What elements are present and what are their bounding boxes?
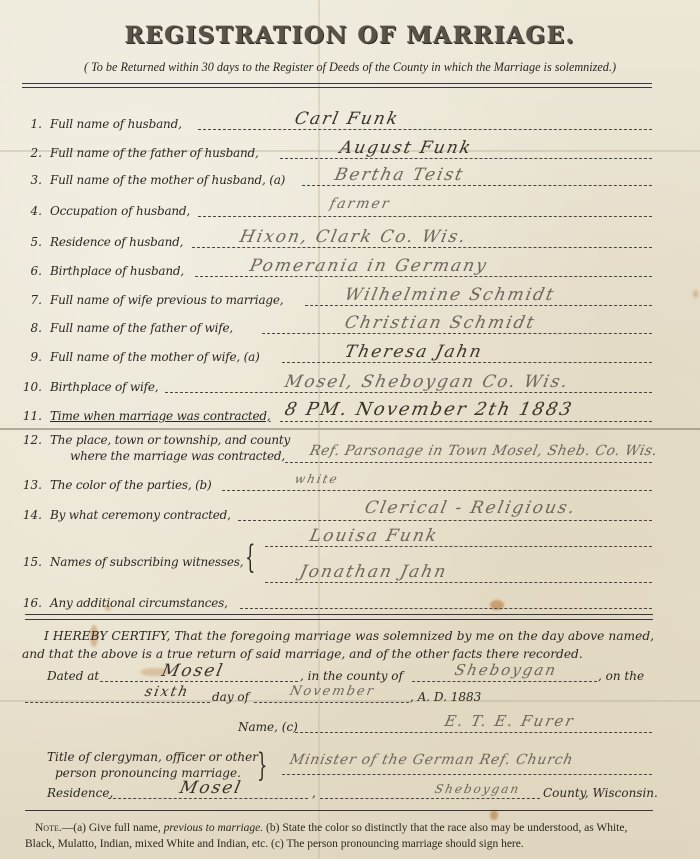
field-husband-occupation: 4. Occupation of husband, farmer <box>0 204 700 224</box>
fill-line <box>240 608 652 609</box>
county-value[interactable]: Sheboygan <box>453 661 559 679</box>
fill-line <box>254 702 409 703</box>
note-a-italic: previous to marriage. <box>164 822 264 834</box>
fill-line <box>25 702 210 703</box>
document-subtitle: ( To be Returned within 30 days to the R… <box>0 60 700 75</box>
field-husband-name: 1. Full name of husband, Carl Funk <box>0 117 700 137</box>
fill-line <box>108 798 308 799</box>
field-label: Full name of wife previous to marriage, <box>50 293 283 307</box>
field-value[interactable]: Ref. Parsonage in Town Mosel, Sheb. Co. … <box>308 443 659 459</box>
fill-line <box>100 681 298 682</box>
field-number: 15. <box>20 555 42 569</box>
certification-text: I HEREBY CERTIFY, That the foregoing mar… <box>22 627 654 663</box>
residence-row: Residence, Mosel , Sheboygan County, Wis… <box>0 786 700 806</box>
date-row: sixth day of November , A. D. 1883 <box>0 690 700 710</box>
field-marriage-time: 11. Time when marriage was contracted, 8… <box>0 409 700 429</box>
field-label: Occupation of husband, <box>50 204 190 218</box>
witness-1-value[interactable]: Louisa Funk <box>308 526 440 546</box>
field-number: 1. <box>20 117 42 131</box>
fill-line <box>282 774 652 775</box>
divider <box>22 87 652 88</box>
field-value[interactable]: Pomerania in Germany <box>248 256 490 276</box>
field-label: Full name of the mother of wife, (a) <box>50 350 260 364</box>
field-label: Names of subscribing witnesses, <box>50 555 243 569</box>
field-number: 13. <box>20 478 42 492</box>
field-husband-birthplace: 6. Birthplace of husband, Pomerania in G… <box>0 264 700 284</box>
brace-icon: { <box>245 538 255 576</box>
field-wife-father: 8. Full name of the father of wife, Chri… <box>0 321 700 341</box>
field-label: Any additional circumstances, <box>50 596 228 610</box>
field-number: 8. <box>20 321 42 335</box>
divider <box>25 614 653 615</box>
fill-line <box>238 520 652 521</box>
fill-line <box>262 333 652 334</box>
county-label: , in the county of <box>300 669 403 683</box>
fill-line <box>320 798 540 799</box>
fill-line <box>412 681 597 682</box>
fill-line <box>295 732 652 733</box>
divider <box>25 810 653 811</box>
fill-line <box>165 392 652 393</box>
field-husband-residence: 5. Residence of husband, Hixon, Clark Co… <box>0 235 700 255</box>
fill-line <box>305 305 652 306</box>
fill-line <box>265 546 652 547</box>
officiant-title-value[interactable]: Minister of the German Ref. Church <box>288 752 575 768</box>
day-value[interactable]: sixth <box>143 684 191 700</box>
field-number: 2. <box>20 146 42 160</box>
field-color-of-parties: 13. The color of the parties, (b) white <box>0 478 700 498</box>
field-number: 12. <box>20 433 42 447</box>
dated-at-value[interactable]: Mosel <box>160 661 226 681</box>
fill-line <box>280 421 652 422</box>
field-value[interactable]: Hixon, Clark Co. Wis. <box>238 227 469 247</box>
officiant-name-value[interactable]: E. T. E. Furer <box>443 712 576 730</box>
field-value[interactable]: Theresa Jahn <box>343 342 485 362</box>
day-of-label: day of <box>212 690 249 704</box>
stain <box>490 810 498 820</box>
field-value[interactable]: Clerical - Religious. <box>363 498 578 518</box>
field-witnesses: 15. Names of subscribing witnesses, { Lo… <box>0 530 700 592</box>
field-additional-circumstances: 16. Any additional circumstances, <box>0 596 700 616</box>
field-value[interactable]: Wilhelmine Schmidt <box>343 285 557 305</box>
fill-line <box>282 362 652 363</box>
field-number: 11. <box>20 409 42 423</box>
title-label: Title of clergyman, officer or other <box>47 750 258 764</box>
document-title: REGISTRATION OF MARRIAGE. <box>0 22 700 49</box>
witness-2-value[interactable]: Jonathan Jahn <box>298 562 450 582</box>
fill-line <box>302 185 652 186</box>
footnote: Note.—(a) Give full name, previous to ma… <box>25 820 655 852</box>
field-label: Full name of the father of wife, <box>50 321 233 335</box>
field-value[interactable]: Christian Schmidt <box>343 313 538 333</box>
name-row: Name, (c) E. T. E. Furer <box>0 720 700 740</box>
divider <box>22 83 652 84</box>
field-wife-mother: 9. Full name of the mother of wife, (a) … <box>0 350 700 370</box>
field-label: The color of the parties, (b) <box>50 478 212 492</box>
field-label: Residence of husband, <box>50 235 183 249</box>
fill-line <box>265 582 652 583</box>
fill-line <box>222 490 652 491</box>
residence-value[interactable]: Mosel <box>178 778 244 798</box>
fill-line <box>198 129 652 130</box>
field-ceremony: 14. By what ceremony contracted, Clerica… <box>0 508 700 528</box>
fill-line <box>195 276 652 277</box>
residence-suffix: County, Wisconsin. <box>543 786 658 800</box>
field-wife-birthplace: 10. Birthplace of wife, Mosel, Sheboygan… <box>0 380 700 400</box>
note-prefix: Note. <box>35 822 62 834</box>
divider <box>25 619 653 620</box>
field-label: Full name of the father of husband, <box>50 146 259 160</box>
field-label: Full name of husband, <box>50 117 182 131</box>
brace-icon: } <box>257 746 267 784</box>
residence-county-value[interactable]: Sheboygan <box>434 782 522 796</box>
month-value[interactable]: November <box>288 684 376 699</box>
note-c: (c) The person pronouncing marriage shou… <box>268 838 524 850</box>
field-label: Full name of the mother of husband, (a) <box>50 173 285 187</box>
residence-label: Residence, <box>47 786 113 800</box>
field-value[interactable]: 8 PM. November 2th 1883 <box>283 399 575 420</box>
field-value[interactable]: Carl Funk <box>293 109 401 129</box>
field-number: 16. <box>20 596 42 610</box>
year-label: , A. D. 1883 <box>410 690 481 704</box>
fill-line <box>285 462 652 463</box>
field-value[interactable]: white <box>294 472 341 486</box>
fill-line <box>192 247 652 248</box>
fill-line <box>198 216 652 217</box>
field-label: where the marriage was contracted, <box>70 449 285 463</box>
field-number: 3. <box>20 173 42 187</box>
field-value[interactable]: Mosel, Sheboygan Co. Wis. <box>283 372 571 392</box>
field-label: Time when marriage was contracted, <box>50 409 271 423</box>
officiant-name-label: Name, (c) <box>238 720 298 734</box>
note-a: —(a) Give full name, <box>62 822 164 834</box>
fill-line <box>280 158 652 159</box>
field-label: Birthplace of wife, <box>50 380 158 394</box>
field-number: 10. <box>20 380 42 394</box>
on-the-label: , on the <box>598 669 644 683</box>
field-number: 9. <box>20 350 42 364</box>
dated-at-label: Dated at <box>47 669 99 683</box>
field-marriage-place: 12. The place, town or township, and cou… <box>0 433 700 467</box>
field-number: 6. <box>20 264 42 278</box>
field-number: 5. <box>20 235 42 249</box>
field-husband-mother: 3. Full name of the mother of husband, (… <box>0 173 700 193</box>
field-label: The place, town or township, and county <box>50 433 290 447</box>
field-label: By what ceremony contracted, <box>50 508 231 522</box>
field-number: 4. <box>20 204 42 218</box>
field-value[interactable]: August Funk <box>338 138 474 158</box>
field-label: Birthplace of husband, <box>50 264 184 278</box>
comma: , <box>312 786 316 800</box>
field-wife-maiden-name: 7. Full name of wife previous to marriag… <box>0 293 700 313</box>
title-row: Title of clergyman, officer or other per… <box>0 750 700 786</box>
field-number: 7. <box>20 293 42 307</box>
field-value[interactable]: farmer <box>328 196 392 212</box>
field-number: 14. <box>20 508 42 522</box>
field-value[interactable]: Bertha Teist <box>333 165 466 185</box>
field-husband-father: 2. Full name of the father of husband, A… <box>0 146 700 166</box>
